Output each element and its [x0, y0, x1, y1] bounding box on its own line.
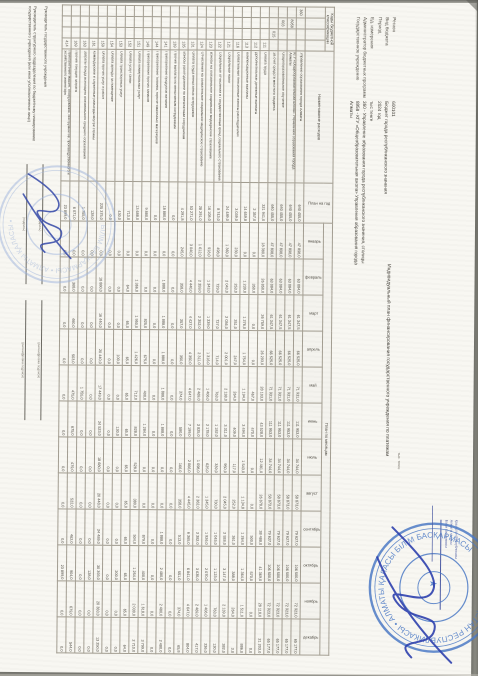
- month-value-cell: 1 888,0: [158, 366, 167, 402]
- code-cell: [171, 28, 180, 39]
- code-cell: 151: [134, 39, 143, 50]
- month-value-cell: 1 612,0: [196, 222, 205, 258]
- month-value-cell: 0,0: [103, 509, 112, 545]
- month-value-cell: 479,0: [68, 437, 77, 473]
- year-total-cell: 4 291,8: [178, 182, 187, 222]
- month-value-cell: 7 199,0: [185, 402, 194, 438]
- code-cell: [63, 5, 72, 16]
- month-value-cell: 400,0: [139, 546, 148, 582]
- month-value-cell: 0,0: [249, 331, 258, 367]
- month-value-cell: 0,0: [166, 510, 175, 546]
- month-value-cell: 0,0: [168, 258, 177, 294]
- month-value-cell: 470,0: [248, 403, 257, 439]
- code-cell: [63, 27, 72, 38]
- code-cell: [270, 7, 279, 18]
- month-value-cell: 0,0: [85, 509, 94, 545]
- month-value-cell: 0,0: [58, 509, 67, 545]
- month-value-cell: 72 923,0: [282, 583, 291, 619]
- month-value-cell: 3 040,0: [187, 222, 196, 258]
- code-cell: [72, 5, 81, 16]
- month-value-cell: 3,0: [228, 618, 237, 654]
- month-value-cell: 65,0: [123, 293, 132, 329]
- code-cell: [198, 6, 207, 17]
- finance-table: Коды бюджетной классификации Наименовани…: [57, 4, 335, 655]
- month-value-cell: 2 138,0: [221, 366, 230, 402]
- month-value-cell: 0,0: [75, 617, 84, 653]
- month-value-cell: 12 481,0: [257, 439, 266, 475]
- month-value-cell: 0,0: [148, 546, 157, 582]
- month-header: июль: [302, 439, 322, 475]
- month-value-cell: 498,0: [214, 222, 223, 258]
- month-value-cell: 1 406,0: [203, 366, 212, 402]
- month-value-cell: 0,0: [103, 581, 112, 617]
- month-header: декабрь: [300, 619, 320, 655]
- code-cell: [99, 16, 108, 27]
- month-value-cell: 1 134,8: [238, 474, 247, 510]
- month-value-cell: 825,0: [141, 294, 150, 330]
- month-value-cell: 0,0: [76, 545, 85, 581]
- code-cell: [198, 28, 207, 39]
- month-value-cell: 1 239,0: [240, 258, 249, 294]
- month-value-cell: 230,0: [232, 222, 241, 258]
- month-value-cell: 2 469,0: [193, 582, 202, 618]
- month-value-cell: 47 898,0: [268, 223, 277, 259]
- code-cell: [153, 28, 162, 39]
- month-value-cell: 2 352,0: [195, 294, 204, 330]
- code-cell: 131: [188, 39, 197, 50]
- month-value-cell: 3 147,0: [220, 546, 229, 582]
- expense-name-cell: Социальный налог: [223, 50, 233, 182]
- month-value-cell: 1 364,0: [238, 546, 247, 582]
- month-value-cell: 65 177,0: [291, 619, 300, 655]
- year-total-cell: 53 271,0: [187, 182, 196, 222]
- month-value-cell: 2 469,0: [194, 366, 203, 402]
- month-value-cell: 34 744,0: [275, 439, 284, 475]
- month-value-cell: 380,0: [130, 474, 139, 510]
- month-value-cell: 17 449,0: [95, 365, 104, 401]
- code-cell: [144, 28, 153, 39]
- code-cell: [126, 5, 135, 16]
- code-cell: 015: [270, 29, 279, 40]
- month-value-cell: 0,0: [167, 438, 176, 474]
- month-value-cell: 1 276,0: [240, 294, 249, 330]
- year-total-cell: 640 455,0: [268, 183, 277, 223]
- month-value-cell: 1 343,0: [204, 258, 213, 294]
- month-value-cell: 0,0: [58, 473, 67, 509]
- code-cell: [117, 5, 126, 16]
- code-cell: 135: [179, 39, 188, 50]
- month-header: январь: [304, 223, 324, 259]
- month-value-cell: 0,0: [87, 329, 96, 365]
- month-value-cell: 23 899,0: [58, 545, 67, 581]
- month-value-cell: 358,0: [175, 474, 184, 510]
- field-label: Вид бюджета: [383, 17, 389, 101]
- code-cell: [270, 18, 279, 29]
- month-value-cell: 1 284,0: [140, 402, 149, 438]
- year-total-cell: 9 880,0: [142, 182, 151, 222]
- code-cell: [252, 7, 261, 18]
- month-value-cell: 361,0: [229, 510, 238, 546]
- month-value-cell: 236,0: [201, 618, 210, 654]
- code-subcolumn: [306, 29, 325, 40]
- month-value-cell: 544,0: [66, 617, 75, 653]
- code-cell: 122: [215, 39, 224, 50]
- scan-corner-shadow: [466, 0, 478, 12]
- month-value-cell: 0,0: [104, 365, 113, 401]
- month-value-cell: 0,0: [169, 222, 178, 258]
- month-value-cell: 58 873,0: [292, 475, 301, 511]
- month-value-cell: 1 755,0: [77, 365, 86, 401]
- month-value-cell: 0,0: [148, 474, 157, 510]
- field-label: Ед. измерения: [369, 17, 375, 101]
- month-value-cell: 2 480,0: [156, 618, 165, 654]
- year-total-cell: 2 357,0: [250, 183, 259, 223]
- code-cell: [279, 29, 288, 40]
- field-value: 360 - Управление образования города респ…: [360, 101, 367, 271]
- month-value-cell: 63 084,0: [267, 259, 276, 295]
- expense-name-cell: Приобретение продуктов питания: [160, 50, 170, 182]
- month-value-cell: 712,0: [131, 366, 140, 402]
- month-value-cell: 71 931,0: [275, 367, 284, 403]
- code-cell: 124: [197, 39, 206, 50]
- month-value-cell: 47 898,0: [286, 223, 295, 259]
- month-value-cell: 409,0: [230, 402, 239, 438]
- month-value-cell: 106 500,0: [292, 547, 301, 583]
- month-value-cell: 111 953,0: [275, 403, 284, 439]
- month-value-cell: 0,0: [160, 222, 169, 258]
- expense-name-cell: За счет средств местного бюджета: [268, 51, 278, 183]
- code-cell: [243, 6, 252, 17]
- month-value-cell: 20 383,0: [94, 581, 103, 617]
- month-value-cell: 65,8: [174, 618, 183, 654]
- expense-name-cell: Дополнительные денежные выплаты: [250, 51, 260, 183]
- month-value-cell: 43 528,0: [257, 403, 266, 439]
- month-value-cell: 61 347,5: [294, 295, 303, 331]
- code-cell: [234, 17, 243, 28]
- month-value-cell: 64,0: [120, 617, 129, 653]
- month-header: февраль: [303, 259, 323, 295]
- month-value-cell: 727,0: [213, 294, 222, 330]
- month-value-cell: 79 627,0: [292, 511, 301, 547]
- month-value-cell: 0,0: [150, 294, 159, 330]
- month-value-cell: 1 754,0: [240, 330, 249, 366]
- month-value-cell: 0,0: [76, 473, 85, 509]
- code-cell: 8958: [288, 18, 297, 29]
- month-value-cell: 1 511,0: [238, 582, 247, 618]
- month-value-cell: 28 118,0: [255, 583, 264, 619]
- scan-edge: [0, 0, 478, 3]
- month-value-cell: 2 139,0: [220, 582, 229, 618]
- month-value-cell: 0,0: [76, 581, 85, 617]
- month-value-cell: 729,0: [213, 258, 222, 294]
- month-value-cell: 2 066,0: [185, 438, 194, 474]
- month-value-cell: 2 045,0: [220, 474, 229, 510]
- expense-name-cell: Социальные отчисления в Государственный …: [214, 50, 224, 182]
- month-value-cell: 1 888,0: [159, 330, 168, 366]
- month-value-cell: 551,0: [175, 546, 184, 582]
- month-value-cell: 1 098,0: [194, 438, 203, 474]
- month-value-cell: 1 369,0: [223, 222, 232, 258]
- month-value-cell: 253,0: [231, 258, 240, 294]
- code-cell: [99, 27, 108, 38]
- month-value-cell: 675,0: [68, 401, 77, 437]
- expense-name-cell: Приобретение прочих запасов: [142, 50, 152, 182]
- month-value-cell: 374,0: [176, 366, 185, 402]
- month-value-cell: 382,0: [219, 618, 228, 654]
- month-value-cell: 0,0: [249, 295, 258, 331]
- code-cell: [162, 17, 171, 28]
- month-value-cell: 4 427,0: [186, 294, 195, 330]
- month-value-cell: 0,0: [133, 222, 142, 258]
- expense-name-cell: Общеобразовательное обучение: [277, 51, 287, 183]
- page: Регион 600101Вид бюджета Бюджет города р…: [0, 0, 477, 676]
- month-value-cell: 65,0: [121, 581, 130, 617]
- month-value-cell: 730,0: [211, 474, 220, 510]
- header-field: Государственное учреждение 8958 - КГУ «О…: [347, 17, 361, 277]
- month-value-cell: 65 177,0: [282, 619, 291, 655]
- month-value-cell: 400,0: [140, 366, 149, 402]
- month-value-cell: 462,0: [67, 509, 76, 545]
- month-value-cell: 65,0: [122, 365, 131, 401]
- month-value-cell: 100,0: [114, 329, 123, 365]
- month-value-cell: 0,0: [147, 618, 156, 654]
- month-value-cell: 0,0: [59, 437, 68, 473]
- year-total-cell: 18 880,0: [160, 182, 169, 222]
- expense-name-cell: Оплата труда внештатных сотрудников: [187, 50, 197, 182]
- code-cell: 144: [152, 39, 161, 50]
- month-value-cell: 2 043,0: [222, 258, 231, 294]
- month-value-cell: 0,0: [151, 222, 160, 258]
- year-total-cell: 640 455,0: [286, 183, 295, 223]
- month-value-cell: 1 618,0: [139, 582, 148, 618]
- month-value-cell: 1 426,0: [132, 330, 141, 366]
- header-field: Регион 600101: [389, 17, 397, 277]
- signature-line: (расшифровка подписи): [24, 300, 34, 420]
- month-value-cell: 2 036,0: [222, 294, 231, 330]
- month-value-cell: 570,0: [247, 547, 256, 583]
- code-cell: [171, 6, 180, 17]
- month-value-cell: 904,0: [67, 545, 76, 581]
- month-value-cell: 2 710,0: [129, 618, 138, 654]
- month-value-cell: 21 203,0: [255, 619, 264, 655]
- month-value-cell: 72 923,0: [273, 583, 282, 619]
- code-cell: [81, 5, 90, 16]
- code-cell: 112: [251, 40, 260, 51]
- month-value-cell: 4 647,0: [185, 366, 194, 402]
- month-value-cell: 0,0: [166, 546, 175, 582]
- page-title: Индивидуальный план финансирования госуд…: [383, 245, 391, 475]
- code-cell: [234, 28, 243, 39]
- code-cell: [216, 6, 225, 17]
- month-value-cell: 1 888,0: [159, 258, 168, 294]
- code-cell: [72, 27, 81, 38]
- code-cell: [72, 16, 81, 27]
- month-value-cell: 0,0: [103, 473, 112, 509]
- month-value-cell: 61 347,5: [285, 295, 294, 331]
- month-value-cell: 0,0: [78, 329, 87, 365]
- month-header: август: [301, 475, 321, 511]
- month-value-cell: 3 494,0: [239, 402, 248, 438]
- month-value-cell: 252,0: [229, 474, 238, 510]
- expense-name-cell: Взносы на обязательное социальное медици…: [205, 50, 215, 182]
- code-cell: [126, 16, 135, 27]
- code-cell: [225, 6, 234, 17]
- month-value-cell: 950,0: [221, 438, 230, 474]
- year-total-cell: 0,0: [169, 182, 178, 222]
- code-cell: [189, 6, 198, 17]
- month-value-cell: 2 030,0: [130, 582, 139, 618]
- code-cell: 153: [116, 38, 125, 49]
- signature-label: Руководитель структурного подразделения …: [27, 6, 37, 156]
- month-value-cell: 0,0: [76, 509, 85, 545]
- month-header: июнь: [302, 403, 322, 439]
- expense-name-cell: Отчисления на обязательное социальное ме…: [196, 50, 206, 182]
- code-cell: [135, 17, 144, 28]
- month-value-cell: 58 873,0: [274, 475, 283, 511]
- month-value-cell: 65,0: [122, 437, 131, 473]
- month-value-cell: 0,0: [57, 617, 66, 653]
- expense-name-cell: КГУ «Общеобразовательная школа» Управлен…: [286, 51, 296, 183]
- code-cell: [63, 16, 72, 27]
- month-value-cell: 0,0: [148, 582, 157, 618]
- month-value-cell: 0,0: [113, 365, 122, 401]
- month-value-cell: 679,0: [67, 581, 76, 617]
- month-value-cell: 0,0: [168, 330, 177, 366]
- month-value-cell: 0,0: [86, 365, 95, 401]
- month-value-cell: 0,0: [104, 401, 113, 437]
- year-total-cell: 3 039,0: [232, 182, 241, 222]
- month-value-cell: 0,0: [167, 402, 176, 438]
- month-value-cell: 66 525,0: [267, 331, 276, 367]
- code-cell: [90, 5, 99, 16]
- month-value-cell: 522,0: [67, 473, 76, 509]
- month-value-cell: 128,0: [85, 545, 94, 581]
- month-value-cell: 1 926,0: [202, 510, 211, 546]
- month-value-cell: 111 953,0: [284, 403, 293, 439]
- code-cell: [171, 17, 180, 28]
- code-cell: [225, 17, 234, 28]
- month-value-cell: 58 873,0: [283, 475, 292, 511]
- month-value-cell: 0,0: [157, 474, 166, 510]
- month-value-cell: 72 923,0: [264, 583, 273, 619]
- month-value-cell: 130,0: [113, 401, 122, 437]
- code-cell: [189, 17, 198, 28]
- month-value-cell: 61 347,5: [267, 295, 276, 331]
- code-cell: 149: [143, 39, 152, 50]
- code-cell: 116: [233, 39, 242, 50]
- month-value-cell: 64,0: [123, 257, 132, 293]
- code-cell: [297, 29, 306, 40]
- month-value-cell: 3 799,0: [138, 618, 147, 654]
- code-cell: 161: [89, 38, 98, 49]
- month-value-cell: 20 440,0: [96, 329, 105, 365]
- codes-group-header: Коды бюджетной классификации: [325, 7, 335, 51]
- month-header: май: [302, 367, 322, 403]
- month-value-cell: 0,0: [248, 439, 257, 475]
- year-total-cell: 28 291,0: [196, 182, 205, 222]
- month-value-cell: 63 084,0: [285, 259, 294, 295]
- year-total-cell: 16 108,0: [205, 182, 214, 222]
- code-cell: [108, 5, 117, 16]
- year-total-cell: 713,0: [124, 181, 133, 221]
- month-value-cell: 13 250,0: [93, 617, 102, 653]
- code-cell: [279, 7, 288, 18]
- code-cell: [180, 6, 189, 17]
- month-value-cell: 1 888,0: [157, 510, 166, 546]
- code-cell: [81, 16, 90, 27]
- code-cell: [162, 6, 171, 17]
- month-value-cell: 0,0: [112, 473, 121, 509]
- month-value-cell: 1 316,0: [204, 330, 213, 366]
- month-header: сентябрь: [301, 511, 321, 547]
- month-value-cell: 58 873,0: [265, 475, 274, 511]
- month-value-cell: 0,0: [124, 221, 133, 257]
- month-value-cell: 1 182,0: [212, 402, 221, 438]
- month-value-cell: 580,0: [176, 402, 185, 438]
- month-header: ноябрь: [300, 583, 320, 619]
- month-value-cell: 18 380,0: [259, 223, 268, 259]
- month-header: октябрь: [301, 547, 321, 583]
- expense-name-cell: Компенсационные выплаты: [241, 50, 251, 182]
- month-value-cell: 918,0: [205, 222, 214, 258]
- month-value-cell: 65,0: [122, 401, 131, 437]
- month-header: март: [303, 295, 323, 331]
- year-column-header: План на год: [304, 183, 333, 223]
- month-value-cell: 358,0: [177, 258, 186, 294]
- signature-caption: (расшифровка подписи): [36, 300, 41, 420]
- code-cell: 414: [62, 38, 71, 49]
- code-cell: [287, 40, 296, 51]
- month-value-cell: 34 744,0: [266, 439, 275, 475]
- code-cell: [126, 27, 135, 38]
- month-value-cell: 130,0: [210, 618, 219, 654]
- month-value-cell: 30 393,0: [94, 545, 103, 581]
- expense-name-cell: Прочие выплаты по внештатным сотрудникам: [169, 50, 179, 182]
- code-cell: [243, 17, 252, 28]
- month-value-cell: 166,0: [176, 438, 185, 474]
- month-value-cell: 18 680,0: [95, 437, 104, 473]
- month-value-cell: 0,0: [111, 617, 120, 653]
- month-value-cell: 0,0: [246, 619, 255, 655]
- month-value-cell: 1 888,0: [159, 294, 168, 330]
- code-cell: 111: [260, 40, 269, 51]
- field-label: Администратор бюджетных программ: [361, 17, 367, 101]
- month-value-cell: 0,0: [60, 329, 69, 365]
- month-value-cell: 2 311,0: [195, 330, 204, 366]
- name-column-header: Наименование расходов: [304, 51, 334, 183]
- month-value-cell: 79 627,0: [265, 511, 274, 547]
- expense-name-cell: Обязательные пенсионные взносы работодат…: [232, 50, 242, 182]
- code-cell: [278, 40, 287, 51]
- code-cell: [153, 17, 162, 28]
- month-value-cell: 34 744,0: [293, 439, 302, 475]
- field-value: тыс тенге: [367, 101, 374, 271]
- code-cell: 139: [170, 39, 179, 50]
- month-value-cell: 66 525,0: [285, 331, 294, 367]
- month-value-cell: 1 888,0: [158, 402, 167, 438]
- month-value-cell: 0,0: [103, 545, 112, 581]
- expense-name-cell: Управление образования города Алматы: [295, 51, 305, 183]
- month-value-cell: 26 878,0: [256, 475, 265, 511]
- month-value-cell: 2 070,0: [202, 546, 211, 582]
- month-value-cell: 1 543,0: [239, 438, 248, 474]
- month-value-cell: 106 500,0: [283, 547, 292, 583]
- month-value-cell: 675,0: [141, 330, 150, 366]
- month-value-cell: 4 350,0: [186, 330, 195, 366]
- code-cell: [207, 28, 216, 39]
- month-value-cell: 71 931,0: [266, 367, 275, 403]
- month-value-cell: 0,0: [139, 474, 148, 510]
